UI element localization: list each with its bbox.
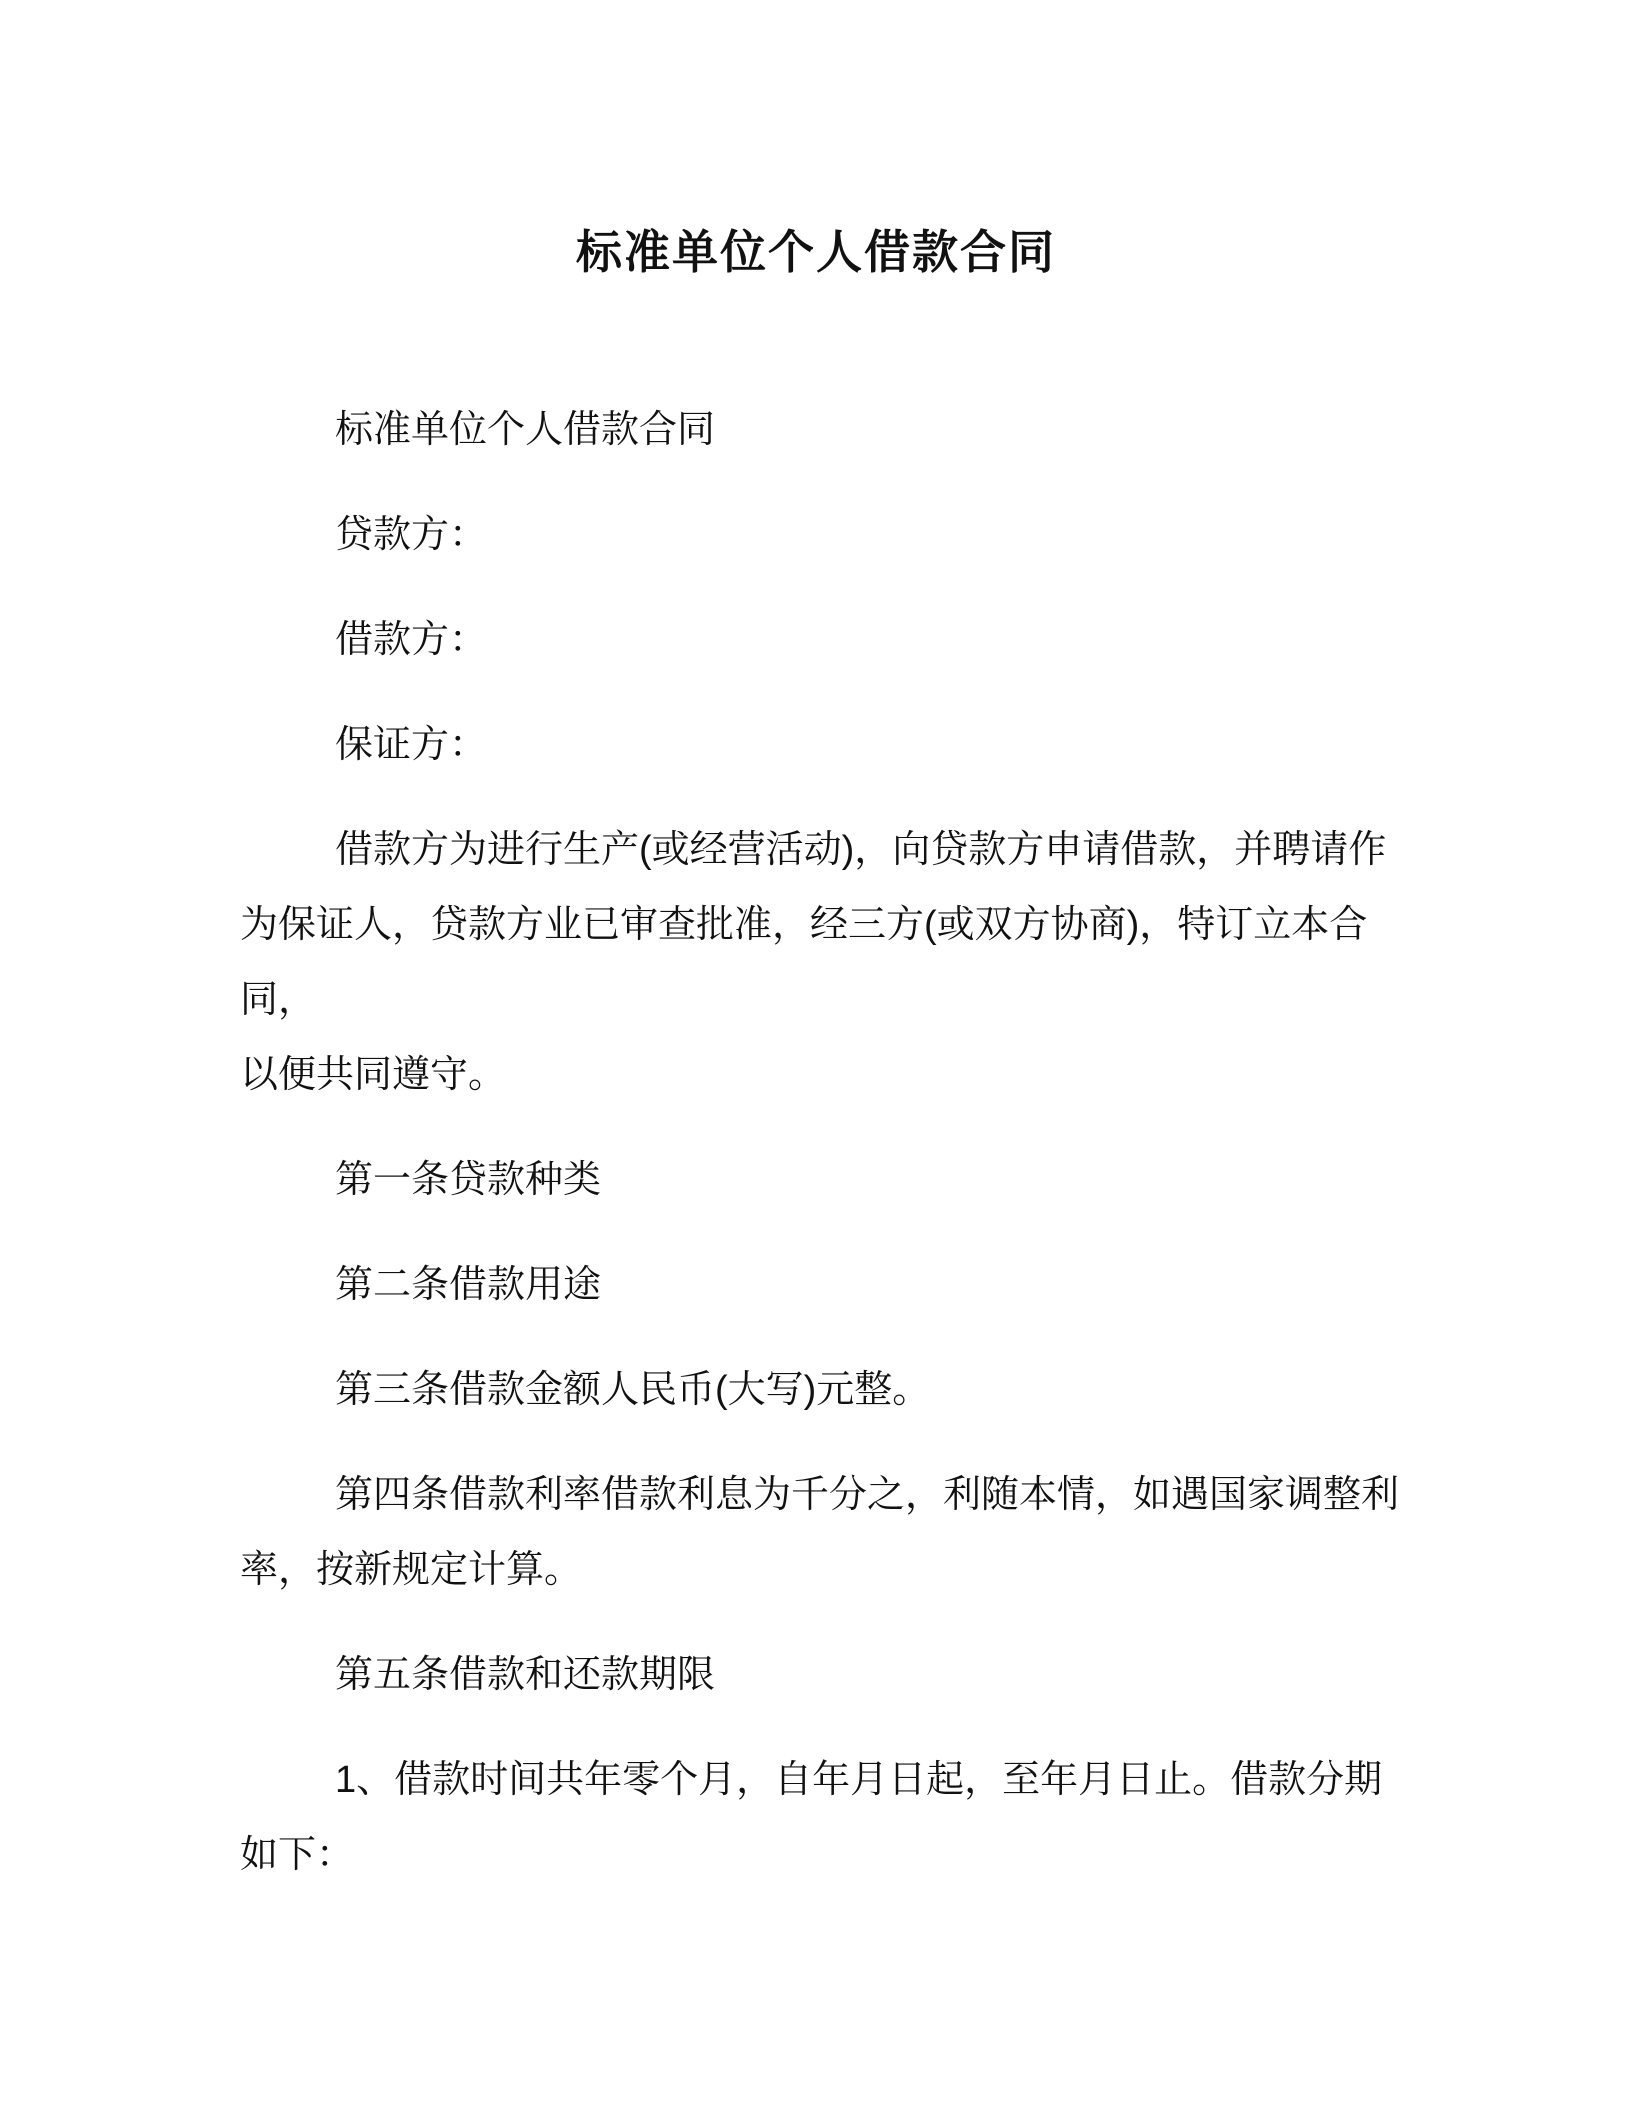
clause-1-loan-type: 第一条贷款种类 — [240, 1143, 1432, 1218]
document-title: 标准单位个人借款合同 — [0, 215, 1632, 290]
document-body: 标准单位个人借款合同 贷款方： 借款方： 保证方： 借款方为进行生产(或经营活动… — [0, 393, 1632, 1893]
clause-4-interest-rate: 第四条借款利率借款利息为千分之，利随本情，如遇国家调整利 率，按新规定计算。 — [240, 1458, 1432, 1608]
preamble-paragraph: 借款方为进行生产(或经营活动)，向贷款方申请借款，并聘请作 为保证人，贷款方业已… — [240, 813, 1432, 1113]
clause-2-loan-purpose: 第二条借款用途 — [240, 1248, 1432, 1323]
guarantor-line: 保证方： — [240, 708, 1432, 783]
clause-5-loan-term-heading: 第五条借款和还款期限 — [240, 1638, 1432, 1713]
body-title-line: 标准单位个人借款合同 — [240, 393, 1432, 468]
clause-5-item-1: 1、借款时间共年零个月，自年月日起，至年月日止。借款分期 如下： — [240, 1743, 1432, 1893]
document-page: 标准单位个人借款合同 标准单位个人借款合同 贷款方： 借款方： 保证方： 借款方… — [0, 0, 1632, 2112]
borrower-line: 借款方： — [240, 603, 1432, 678]
lender-line: 贷款方： — [240, 498, 1432, 573]
clause-3-loan-amount: 第三条借款金额人民币(大写)元整。 — [240, 1353, 1432, 1428]
